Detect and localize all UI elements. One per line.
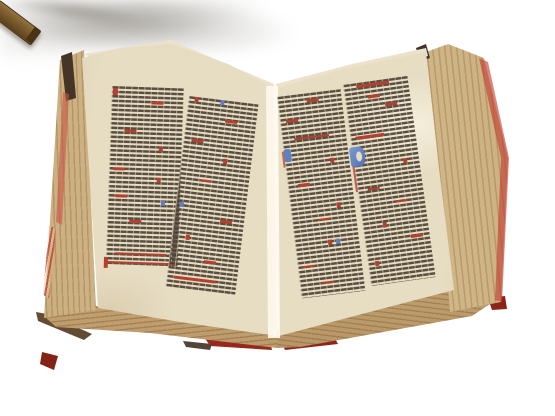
rubric-stroke [322, 280, 334, 284]
rubric-stroke [410, 234, 422, 238]
rubric-stroke [200, 179, 212, 183]
rubric-stroke [286, 119, 298, 123]
blue-paraph-mark [179, 201, 184, 206]
rubric-stroke [306, 98, 318, 102]
rubric-stroke [303, 264, 315, 268]
red-paraph-mark [330, 158, 335, 163]
rubric-stroke [192, 139, 204, 143]
rubric-line [294, 134, 329, 141]
rubric-stroke [129, 220, 141, 223]
rubric-stroke [204, 260, 216, 264]
red-paraph-mark [403, 158, 408, 164]
red-paraph-mark [223, 158, 228, 163]
blue-initial [283, 149, 292, 163]
red-paraph-mark [185, 235, 190, 240]
red-paraph-mark [159, 147, 163, 152]
red-initial [112, 88, 117, 95]
rubric-line [108, 261, 176, 266]
red-paraph-mark [194, 97, 199, 102]
red-paraph-mark [336, 202, 341, 207]
rubric-line [356, 81, 389, 88]
rubric-stroke [368, 94, 380, 98]
blue-paraph-mark [161, 201, 165, 206]
rubric-stroke [385, 102, 397, 106]
red-paraph-mark [156, 178, 160, 183]
rubric-stroke [125, 130, 137, 133]
red-paraph-mark [382, 222, 387, 228]
rubric-stroke [225, 120, 237, 124]
rubric-stroke [318, 217, 330, 221]
blue-paraph-mark [336, 239, 341, 244]
blue-paraph-mark [220, 100, 225, 105]
rubric-line [115, 252, 167, 257]
illuminated-initial-d [349, 146, 367, 168]
rubric-stroke [113, 167, 125, 170]
red-paraph-mark [374, 260, 379, 266]
rubric-stroke [395, 199, 407, 203]
rubric-line [174, 276, 216, 284]
rubric-stroke [219, 220, 231, 224]
rubric-stroke [115, 194, 127, 197]
red-paraph-mark [328, 240, 333, 245]
rubric-stroke [367, 186, 379, 190]
photo-canvas [0, 0, 555, 416]
rubric-line [355, 132, 384, 139]
rubric-stroke [297, 183, 309, 187]
rubric-stroke [151, 102, 163, 105]
